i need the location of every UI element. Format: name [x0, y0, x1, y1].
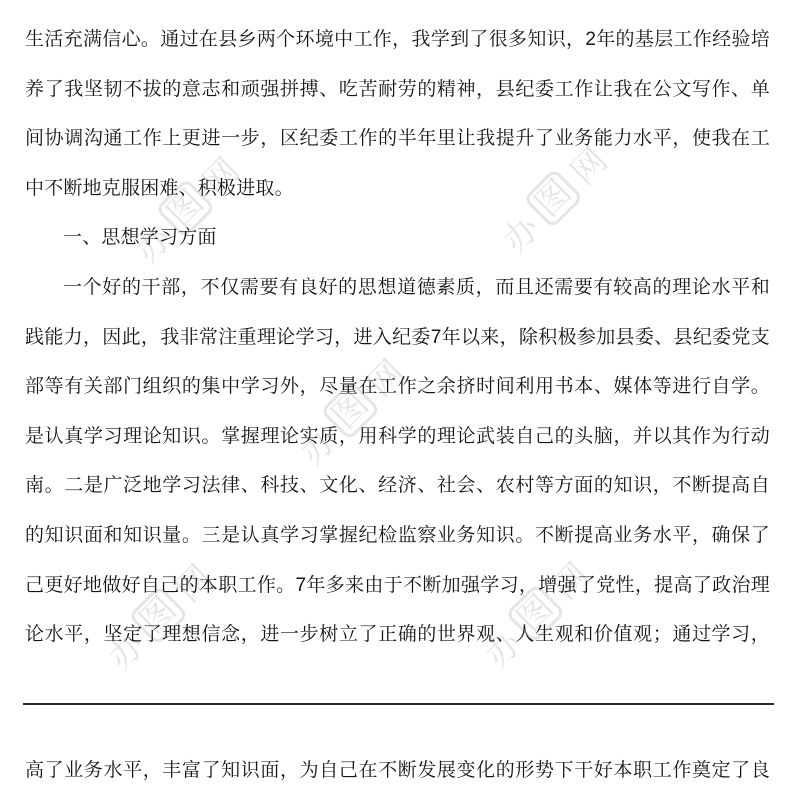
text-line: 间协调沟通工作上更进一步，区纪委工作的半年里让我提升了业务能力水平，使我在工作 — [25, 114, 770, 164]
text-line: 的知识面和知识量。三是认真学习掌握纪检监察业务知识。不断提高业务水平，确保了自 — [25, 511, 770, 561]
text-line: 高了业务水平，丰富了知识面，为自己在不断发展变化的形势下干好本职工作奠定了良好 — [25, 746, 770, 796]
page-divider — [23, 703, 774, 705]
section-heading: 一、思想学习方面 — [25, 213, 770, 263]
text-line: 部等有关部门组织的集中学习外，尽量在工作之余挤时间利用书本、媒体等进行自学。一 — [25, 362, 770, 412]
text-line: 中不断地克服困难、积极进取。 — [25, 164, 770, 214]
text-line: 己更好地做好自己的本职工作。7年多来由于不断加强学习，增强了党性，提高了政治理 — [25, 561, 770, 611]
text-line: 是认真学习理论知识。掌握理论实质，用科学的理论武装自己的头脑，并以其作为行动指 — [25, 412, 770, 462]
text-line: 南。二是广泛地学习法律、科技、文化、经济、社会、农村等方面的知识，不断提高自己 — [25, 461, 770, 511]
text-line: 一个好的干部，不仅需要有良好的思想道德素质，而且还需要有较高的理论水平和实 — [25, 263, 770, 313]
document-body: 生活充满信心。通过在县乡两个环境中工作，我学到了很多知识，2年的基层工作经验培 … — [0, 0, 800, 795]
text-line: 养了我坚韧不拔的意志和顽强拼搏、吃苦耐劳的精神，县纪委工作让我在公文写作、单位 — [25, 65, 770, 115]
text-line: 生活充满信心。通过在县乡两个环境中工作，我学到了很多知识，2年的基层工作经验培 — [25, 15, 770, 65]
text-line: 践能力，因此，我非常注重理论学习，进入纪委7年以来，除积极参加县委、县纪委党支 — [25, 313, 770, 363]
document-page: 办 图 网 办 图 网 办 图 网 办 图 网 办 图 网 生活充满信心。通过在… — [0, 0, 800, 800]
text-line: 论水平，坚定了理想信念，进一步树立了正确的世界观、人生观和价值观；通过学习，提 — [25, 610, 770, 660]
